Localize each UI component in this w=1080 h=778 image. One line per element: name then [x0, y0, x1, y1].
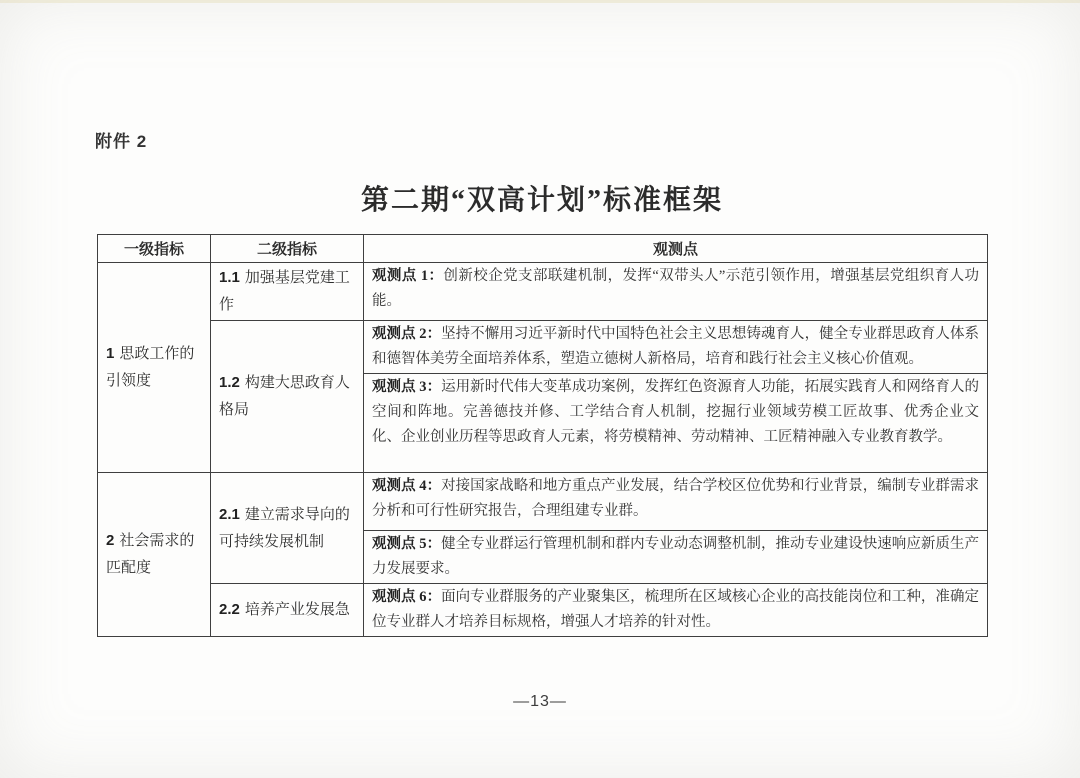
col-header-level1-indicator: 一级指标 [98, 235, 211, 263]
table-header-row: 一级指标 二级指标 观测点 [98, 235, 988, 263]
level2-number: 2.1 [219, 506, 240, 523]
table-row: 1思政工作的引领度 1.1加强基层党建工作 观测点 1：创新校企党支部联建机制，… [98, 263, 988, 321]
observation-text: 对接国家战略和地方重点产业发展，结合学校区位优势和行业背景，编制专业群需求分析和… [372, 478, 979, 519]
observation-text: 健全专业群运行管理机制和群内专业动态调整机制，推动专业建设快速响应新质生产力发展… [372, 536, 979, 577]
col-header-observation-point: 观测点 [364, 235, 988, 263]
level1-number: 1 [106, 345, 114, 362]
level2-number: 1.2 [219, 374, 240, 391]
observation-label: 观测点 3： [372, 379, 441, 395]
level2-cell-2-1: 2.1建立需求导向的可持续发展机制 [211, 473, 364, 584]
observation-cell-4: 观测点 4：对接国家战略和地方重点产业发展，结合学校区位优势和行业背景，编制专业… [364, 473, 988, 531]
observation-text: 面向专业群服务的产业聚集区，梳理所在区域核心企业的高技能岗位和工种，准确定位专业… [372, 589, 979, 630]
observation-label: 观测点 6： [372, 589, 441, 605]
table-row: 2社会需求的匹配度 2.1建立需求导向的可持续发展机制 观测点 4：对接国家战略… [98, 473, 988, 531]
level1-text: 社会需求的匹配度 [106, 533, 194, 576]
col-header-level2-indicator: 二级指标 [211, 235, 364, 263]
observation-text: 创新校企党支部联建机制，发挥“双带头人”示范引领作用，增强基层党组织育人功能。 [372, 268, 979, 309]
page-number: —13— [0, 693, 1080, 711]
level1-number: 2 [106, 532, 114, 549]
observation-label: 观测点 5： [372, 536, 441, 552]
observation-text: 运用新时代伟大变革成功案例，发挥红色资源育人功能，拓展实践育人和网络育人的空间和… [372, 379, 979, 445]
level1-text: 思政工作的引领度 [106, 346, 194, 389]
level2-text: 培养产业发展急 [245, 602, 350, 618]
observation-label: 观测点 1： [372, 268, 443, 284]
level1-cell-2: 2社会需求的匹配度 [98, 473, 211, 637]
observation-cell-3: 观测点 3：运用新时代伟大变革成功案例，发挥红色资源育人功能，拓展实践育人和网络… [364, 374, 988, 473]
observation-cell-1: 观测点 1：创新校企党支部联建机制，发挥“双带头人”示范引领作用，增强基层党组织… [364, 263, 988, 321]
level2-cell-1-2: 1.2构建大思政育人格局 [211, 321, 364, 473]
level2-cell-1-1: 1.1加强基层党建工作 [211, 263, 364, 321]
table-row: 1.2构建大思政育人格局 观测点 2：坚持不懈用习近平新时代中国特色社会主义思想… [98, 321, 988, 374]
level2-number: 1.1 [219, 269, 240, 286]
scanned-document-page: 附件 2 第二期“双高计划”标准框架 一级指标 二级指标 观测点 1思政工作的引… [0, 0, 1080, 778]
observation-cell-5: 观测点 5：健全专业群运行管理机制和群内专业动态调整机制，推动专业建设快速响应新… [364, 531, 988, 584]
standard-framework-table: 一级指标 二级指标 观测点 1思政工作的引领度 1.1加强基层党建工作 观测点 … [97, 234, 988, 637]
observation-cell-6: 观测点 6：面向专业群服务的产业聚集区，梳理所在区域核心企业的高技能岗位和工种，… [364, 584, 988, 637]
document-title: 第二期“双高计划”标准框架 [97, 178, 987, 218]
table-row: 2.2培养产业发展急 观测点 6：面向专业群服务的产业聚集区，梳理所在区域核心企… [98, 584, 988, 637]
level1-cell-1: 1思政工作的引领度 [98, 263, 211, 473]
attachment-label: 附件 2 [95, 127, 147, 152]
observation-label: 观测点 4： [372, 478, 441, 494]
level2-number: 2.2 [219, 601, 240, 618]
level2-cell-2-2: 2.2培养产业发展急 [211, 584, 364, 637]
observation-text: 坚持不懈用习近平新时代中国特色社会主义思想铸魂育人，健全专业群思政育人体系和德智… [372, 326, 979, 367]
observation-label: 观测点 2： [372, 326, 441, 342]
observation-cell-2: 观测点 2：坚持不懈用习近平新时代中国特色社会主义思想铸魂育人，健全专业群思政育… [364, 321, 988, 374]
